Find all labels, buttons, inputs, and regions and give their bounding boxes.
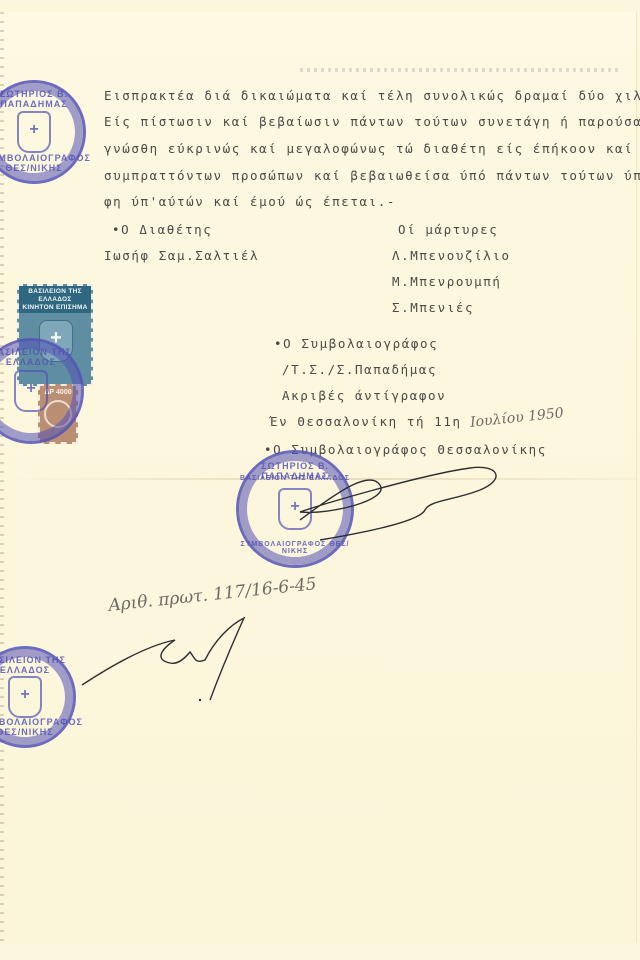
crest-icon [8,676,42,718]
testator-label-text: Ο Διαθέτης [121,222,212,237]
body-line-2: Είς πίστωσιν καί βεβαίωσιν πάντων τούτων… [104,114,640,129]
notary-seal-main: ΣΩΤΗΡΙΟΣ Β. ΠΑΠΑΔΗΜΑΣ ΒΑΣΙΛΕΙΟΝ ΤΗΣ ΕΛΛΑ… [236,450,354,568]
seal-text-mid: ΒΑΣΙΛΕΙΟΝ ΤΗΣ ΕΛΛΑΔΟΣ [0,347,81,367]
seal-text-mid: ΒΑΣΙΛΕΙΟΝ ΤΗΣ ΕΛΛΑΔΟΣ [0,655,73,675]
testator-name: Ιωσήφ Σαμ.Σαλτιέλ [104,248,259,263]
body-line-5: φη ύπ'αύτών καί έμού ώς έπεται.- [104,194,396,209]
seal-text-top: ΣΩΤΗΡΙΟΣ Β. ΠΑΠΑΔΗΜΑΣ [0,89,83,109]
place-date-typed: Έν Θεσσαλονίκη τή 11η [270,414,462,429]
witness-1: Λ.Μπενουζίλιο [392,248,511,263]
seal-text-mid: ΒΑΣΙΛΕΙΟΝ ΤΗΣ ΕΛΛΑΔΟΣ [239,475,351,482]
notary-label: •Ο Συμβολαιογράφος [274,336,438,351]
notary-label-text: Ο Συμβολαιογράφος [283,336,438,351]
faint-typed-line [300,68,620,72]
body-line-3: γνώσθη εύκρινώς καί μεγαλοφώνως τώ διαθέ… [104,141,640,156]
crest-icon [17,111,51,153]
crest-icon [14,370,48,412]
witnesses-label: Οί μάρτυρες [398,222,498,237]
true-copy: Ακριβές άντίγραφον [282,388,446,403]
seal-text-bottom: ΣΥΜΒΟΛΑΙΟΓΡΑΦΟΣ ΘΕΣ/ΝΙΚΗΣ [0,717,73,737]
witness-2: Μ.Μπενρουμπή [392,274,502,289]
notary-signed: /Τ.Σ./Σ.Παπαδήμας [282,362,437,377]
witness-3: Σ.Μπενιές [392,300,474,315]
notary-seal-bottom: ΒΑΣΙΛΕΙΟΝ ΤΗΣ ΕΛΛΑΔΟΣ ΣΥΜΒΟΛΑΙΟΓΡΑΦΟΣ ΘΕ… [0,646,76,748]
notary-seal-top: ΣΩΤΗΡΙΟΣ Β. ΠΑΠΑΔΗΜΑΣ ΣΥΜΒΟΛΑΙΟΓΡΑΦΟΣ ΘΕ… [0,80,86,184]
revenue-stamp-band: ΒΑΣΙΛΕΙΟΝ ΤΗΣ ΕΛΛΑΔΟΣ ΚΙΝΗΤΟΝ ΕΠΙΣΗΜΑ [19,286,91,313]
revenue-stamp-line-1: ΒΑΣΙΛΕΙΟΝ ΤΗΣ ΕΛΛΑΔΟΣ [19,288,91,304]
body-line-4: συμπραττόντων προσώπων καί βεβαιωθείσα ύ… [104,168,640,183]
seal-text-bottom: ΣΥΜΒΟΛΑΙΟΓΡΑΦΟΣ ΘΕΣ/ΝΙΚΗΣ [239,541,351,555]
crest-icon [278,488,312,530]
testator-label: •Ο Διαθέτης [112,222,212,237]
body-line-1: Εισπρακτέα διά δικαιώματα καί τέλη συνολ… [104,88,640,103]
revenue-stamp-line-2: ΚΙΝΗΤΟΝ ΕΠΙΣΗΜΑ [19,304,91,312]
seal-text-bottom: ΣΥΜΒΟΛΑΙΟΓΡΑΦΟΣ ΘΕΣ/ΝΙΚΗΣ [0,153,83,173]
